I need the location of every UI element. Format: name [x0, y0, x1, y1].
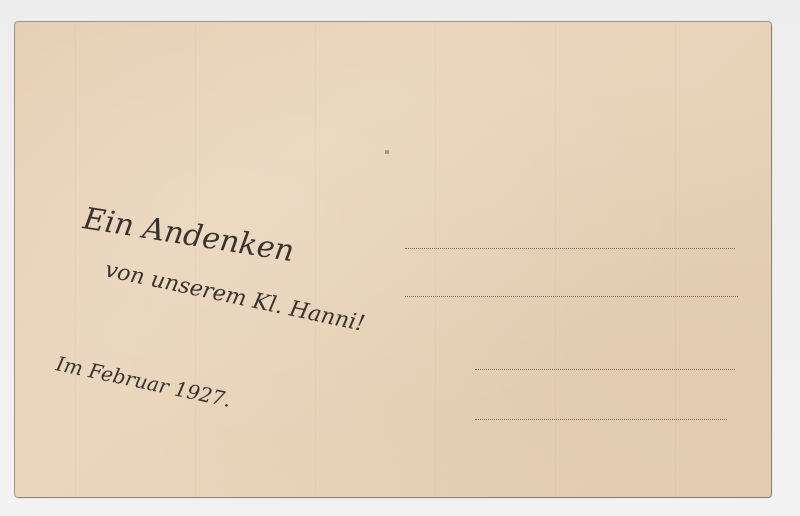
- address-line-3: [475, 369, 735, 370]
- message-line-3: Im Februar 1927.: [53, 351, 233, 412]
- handwritten-message: Ein Andenken von unserem Kl. Hanni! Im F…: [0, 0, 800, 516]
- address-line-2: [405, 296, 738, 297]
- scan-background: Ein Andenken von unserem Kl. Hanni! Im F…: [0, 0, 800, 516]
- message-line-2: von unserem Kl. Hanni!: [103, 257, 367, 337]
- address-line-4: [475, 419, 727, 420]
- address-line-1: [405, 248, 735, 249]
